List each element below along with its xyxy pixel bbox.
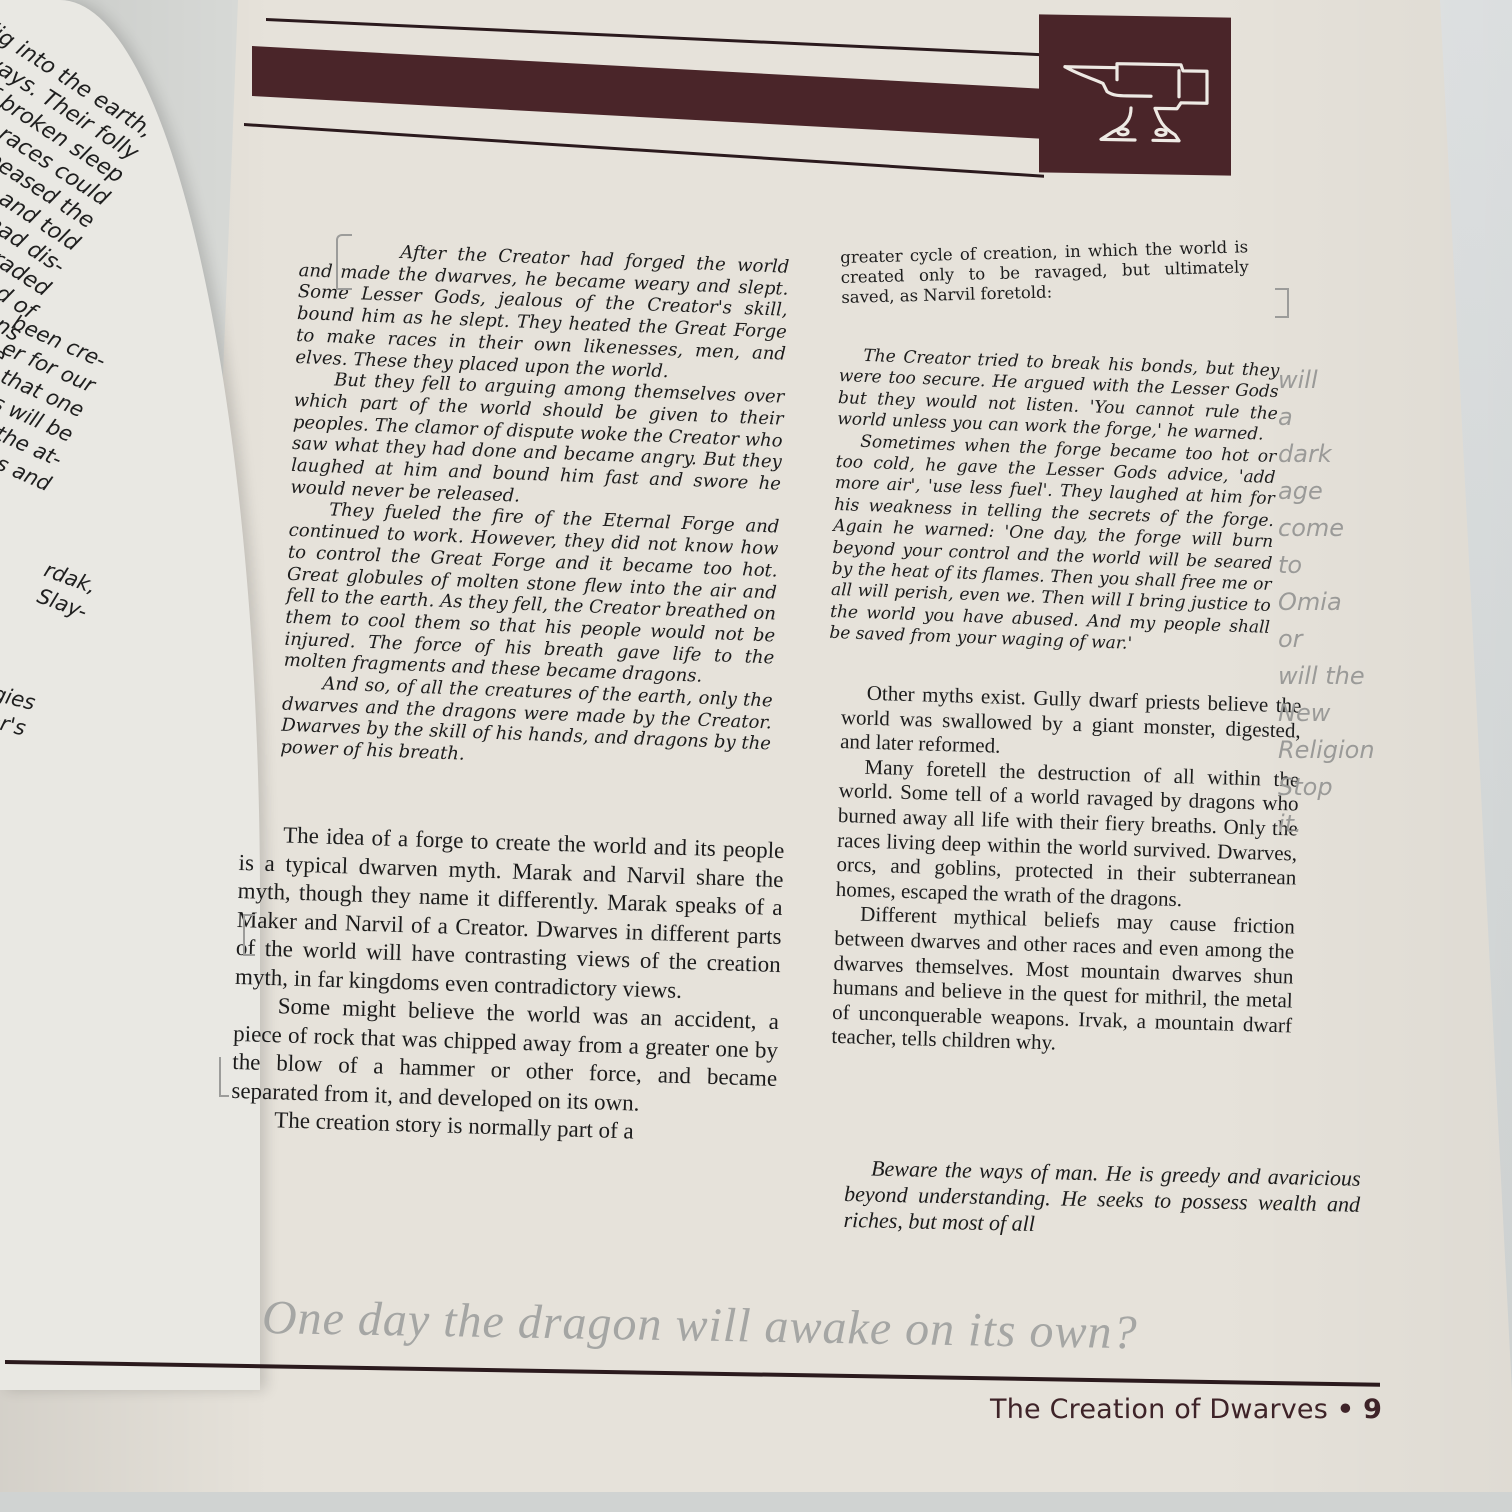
quote-paragraph: They fueled the fire of the Eternal Forg… (283, 498, 779, 690)
margin-note-word: or (1278, 621, 1418, 658)
left-page-text-block-4: gieser's (0, 680, 35, 742)
creation-myth-quote: After the Creator had forged the world a… (280, 238, 790, 777)
pencil-bracket (219, 1057, 229, 1097)
quote-paragraph: But they fell to arguing among themselve… (290, 368, 785, 517)
page-number: 9 (1363, 1394, 1382, 1425)
left-column-body: The idea of a forge to create the world … (230, 820, 785, 1150)
right-column-continuation: greater cycle of creation, in which the … (840, 237, 1249, 308)
running-footer: The Creation of Dwarves • 9 (990, 1394, 1382, 1425)
pencil-bracket (336, 234, 352, 290)
pencil-bracket (243, 914, 255, 956)
chapter-title: The Creation of Dwarves (990, 1394, 1328, 1425)
body-paragraph: Some might believe the world was an acci… (231, 991, 779, 1122)
narvil-quote: The Creator tried to break his bonds, bu… (829, 345, 1280, 661)
body-paragraph: The idea of a forge to create the world … (235, 820, 785, 1008)
chapter-icon-box (1039, 14, 1231, 175)
margin-note-word: to (1278, 547, 1418, 584)
pencil-bracket (1275, 288, 1289, 318)
margin-note-word: Stop (1278, 769, 1418, 806)
body-paragraph: Different mythical beliefs may cause fri… (831, 901, 1295, 1062)
margin-note-word: a (1278, 399, 1418, 436)
body-paragraph: Many foretell the destruction of all wit… (835, 754, 1299, 915)
quote-paragraph: Sometimes when the forge became too hot … (829, 431, 1277, 661)
anvil-icon (1059, 55, 1209, 148)
left-page-text-block-2: been cre-er for ourthat ones will bethe … (0, 305, 110, 498)
quote-paragraph: After the Creator had forged the world a… (295, 238, 790, 387)
footer-separator: • (1337, 1394, 1354, 1425)
margin-note-word: age (1278, 473, 1418, 510)
quote-paragraph: The Creator tried to break his bonds, bu… (837, 345, 1280, 447)
margin-note-word: Religion (1278, 732, 1418, 769)
margin-note-word: it. (1278, 806, 1418, 843)
right-column-body: Other myths exist. Gully dwarf priests b… (831, 680, 1302, 1062)
margin-note-word: will the (1278, 658, 1418, 695)
irvak-quote: Beware the ways of man. He is greedy and… (843, 1155, 1361, 1244)
margin-note-word: will (1278, 362, 1418, 399)
left-page-text-block-3: rdak,Slay- (0, 541, 100, 626)
margin-note-word: come (1278, 510, 1418, 547)
margin-note-word: New (1278, 695, 1418, 732)
margin-note-word: Omia (1278, 584, 1418, 621)
body-paragraph: Other myths exist. Gully dwarf priests b… (840, 680, 1302, 767)
page-bottom-edge (0, 1492, 1512, 1512)
margin-handwritten-note: willadarkagecometoOmiaorwill theNewRelig… (1278, 362, 1418, 843)
body-paragraph: greater cycle of creation, in which the … (840, 237, 1249, 308)
margin-note-word: dark (1278, 436, 1418, 473)
left-page: dig into the earth,ways. Their follyry o… (0, 0, 260, 1390)
quote-paragraph: Beware the ways of man. He is greedy and… (843, 1155, 1361, 1244)
